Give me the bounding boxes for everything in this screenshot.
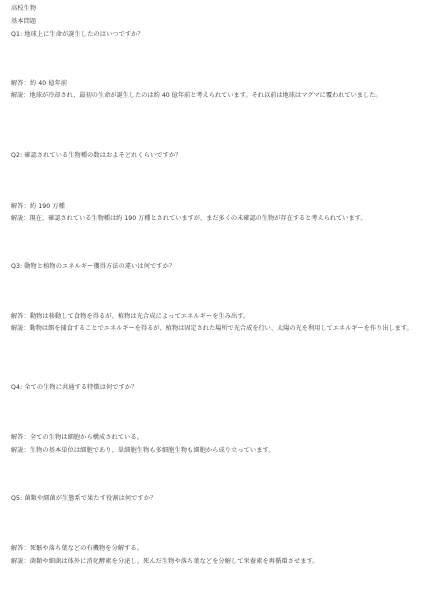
worksheet-page: 高校生物 基本問題 Q1: 地球上に生命が誕生したのはいつですか？ 解答：約 4…	[0, 0, 425, 600]
section-heading: 基本問題	[11, 17, 416, 27]
explanation-3: 解説：動物は餌を捕食することでエネルギーを得るが、植物は固定された場所で光合成を…	[11, 322, 414, 335]
explanation-4: 解説：生物の基本単位は細胞であり、単細胞生物も多細胞生物も細胞から成り立っていま…	[11, 446, 416, 456]
question-4: Q4: 全ての生物に共通する特徴は何ですか？	[11, 383, 416, 393]
explanation-2: 解説：現在、確認されている生物種は約 190 万種とされていますが、まだ多くの未…	[11, 212, 414, 225]
explanation-1: 解説：地球が冷却され、最初の生命が誕生したのは約 40 億年前と考えられています…	[11, 89, 414, 102]
answer-3: 解答：動物は移動して食物を得るが、植物は光合成によってエネルギーを生み出す。	[11, 312, 416, 322]
question-3: Q3: 動物と植物のエネルギー獲得方法の違いは何ですか？	[11, 262, 416, 272]
answer-5: 解答：死骸や落ち葉などの有機物を分解する。	[11, 544, 416, 554]
answer-4: 解答：全ての生物は細胞から構成されている。	[11, 433, 416, 443]
question-5: Q5: 菌類や細菌が生態系で果たす役割は何ですか？	[11, 494, 416, 504]
question-2: Q2: 確認されている生物種の数はおよそどれくらいですか？	[11, 151, 416, 161]
explanation-5: 解説：菌類や細菌は体外に消化酵素を分泌し、死んだ生物や落ち葉などを分解して栄養素…	[11, 557, 416, 567]
answer-2: 解答：約 190 万種	[11, 202, 416, 212]
answer-1: 解答：約 40 億年前	[11, 79, 416, 89]
question-1: Q1: 地球上に生命が誕生したのはいつですか？	[11, 30, 416, 40]
subject-heading: 高校生物	[11, 4, 416, 14]
